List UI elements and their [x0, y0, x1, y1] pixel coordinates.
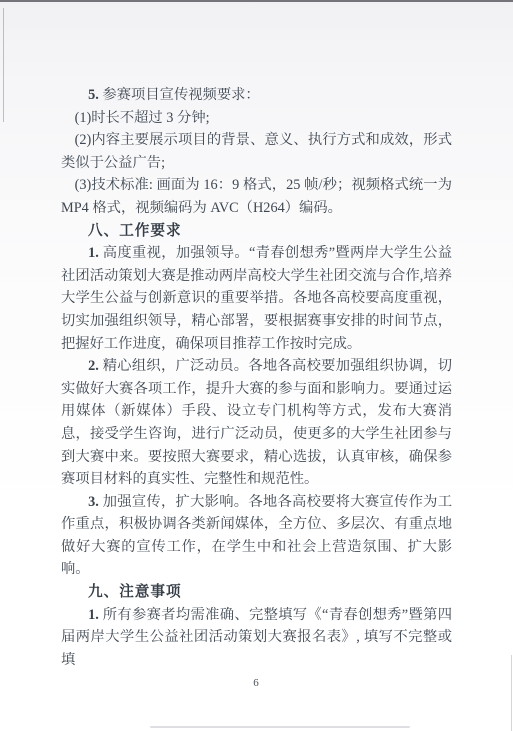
paragraph-text: (2)内容主要展示项目的背景、意义、执行方式和成效，形式类似于公益广告; — [61, 132, 452, 171]
page-content: 5. 参赛项目宣传视频要求： (1)时长不超过 3 分钟; (2)内容主要展示项… — [61, 84, 452, 671]
paragraph-technical-standard: (3)技术标准: 画面为 16：9 格式，25 帧/秒；视频格式统一为 MP4 … — [61, 174, 452, 219]
paragraph-leadership: 1. 高度重视，加强领导。“青春创想秀”暨两岸大学生公益社团活动策划大赛是推动两… — [61, 242, 452, 355]
scan-artifact-top-edge — [0, 0, 513, 2]
paragraph-registration-form: 1. 所有参赛者均需准确、完整填写《“青春创想秀”暨第四届两岸大学生公益社团活动… — [61, 604, 452, 672]
paragraph-number: 1. — [88, 607, 99, 623]
section-heading-work-requirements: 八、工作要求 — [61, 220, 452, 243]
document-page: 5. 参赛项目宣传视频要求： (1)时长不超过 3 分钟; (2)内容主要展示项… — [0, 0, 513, 731]
paragraph-duration: (1)时长不超过 3 分钟; — [61, 107, 452, 130]
paragraph-content-scope: (2)内容主要展示项目的背景、意义、执行方式和成效，形式类似于公益广告; — [61, 129, 452, 174]
paragraph-text: (3)技术标准: 画面为 16：9 格式，25 帧/秒；视频格式统一为 MP4 … — [61, 177, 452, 216]
paragraph-text: 加强宣传，扩大影响。各地各高校要将大赛宣传作为工作重点，积极协调各类新闻媒体，全… — [61, 494, 452, 578]
scan-artifact-left-edge — [3, 8, 4, 122]
paragraph-video-requirements: 5. 参赛项目宣传视频要求： — [61, 84, 452, 107]
paragraph-number: 2. — [88, 358, 99, 374]
paragraph-text: 参赛项目宣传视频要求： — [99, 87, 260, 103]
paragraph-organization: 2. 精心组织，广泛动员。各地各高校要加强组织协调，切实做好大赛各项工作，提升大… — [61, 355, 452, 491]
paragraph-number: 3. — [88, 494, 99, 510]
paragraph-text: 精心组织，广泛动员。各地各高校要加强组织协调，切实做好大赛各项工作，提升大赛的参… — [61, 358, 452, 487]
page-number: 6 — [0, 677, 513, 689]
paragraph-text: 高度重视，加强领导。“青春创想秀”暨两岸大学生公益社团活动策划大赛是推动两岸高校… — [61, 245, 452, 351]
paragraph-number: 1. — [88, 245, 99, 261]
paragraph-text: (1)时长不超过 3 分钟; — [75, 110, 210, 126]
scan-artifact-right-edge — [511, 655, 512, 731]
scan-artifact-bottom-smudge — [150, 726, 410, 728]
paragraph-text: 所有参赛者均需准确、完整填写《“青春创想秀”暨第四届两岸大学生公益社团活动策划大… — [61, 607, 452, 668]
paragraph-number: 5. — [88, 87, 99, 103]
paragraph-publicity: 3. 加强宣传，扩大影响。各地各高校要将大赛宣传作为工作重点，积极协调各类新闻媒… — [61, 491, 452, 581]
section-heading-notes: 九、注意事项 — [61, 581, 452, 604]
